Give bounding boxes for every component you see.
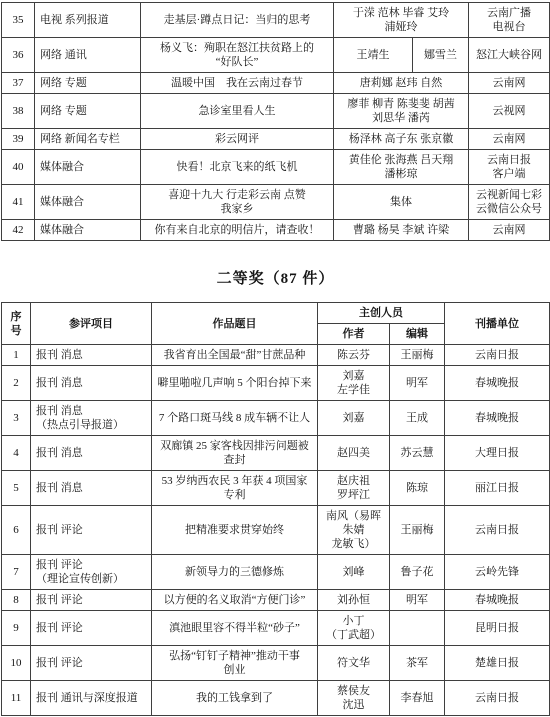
seq-cell: 9 — [2, 611, 31, 646]
unit-cell: 云南广播 电视台 — [469, 3, 550, 38]
seq-cell: 10 — [2, 646, 31, 681]
unit-header: 刊播单位 — [445, 303, 550, 345]
table-row: 3报刊 消息 （热点引导报道）7 个路口斑马线 8 成车辆不让人刘嘉王成春城晚报 — [2, 401, 550, 436]
title-cell: 双廊镇 25 家客栈因排污问题被 查封 — [152, 436, 318, 471]
table-row: 40媒体融合快看！北京飞来的纸飞机黄佳伦 张海燕 吕天翔 潘彬琼云南日报 客户端 — [2, 150, 550, 185]
table-row: 6报刊 评论把精准要求贯穿始终南风（易晖 朱婧 龙敏飞）王丽梅云南日报 — [2, 506, 550, 555]
category-cell: 媒体融合 — [35, 220, 141, 241]
title-cell: 快看！北京飞来的纸飞机 — [141, 150, 334, 185]
table-row: 10报刊 评论弘扬“钉钉子精神”推动干事 创业符文华茶军楚雄日报 — [2, 646, 550, 681]
editor-cell: 苏云慧 — [390, 436, 445, 471]
author-cell: 刘嘉 — [318, 401, 390, 436]
unit-cell: 大理日报 — [445, 436, 550, 471]
unit-cell: 春城晚报 — [445, 366, 550, 401]
seq-cell: 39 — [2, 129, 35, 150]
unit-cell: 昆明日报 — [445, 611, 550, 646]
editor-cell: 茶军 — [390, 646, 445, 681]
category-cell: 报刊 评论 — [31, 611, 152, 646]
seq-cell: 2 — [2, 366, 31, 401]
seq-cell: 42 — [2, 220, 35, 241]
editor-cell: 李春旭 — [390, 681, 445, 716]
category-cell: 报刊 评论 — [31, 506, 152, 555]
seq-cell: 7 — [2, 555, 31, 590]
category-cell: 报刊 消息 — [31, 436, 152, 471]
title-cell: 我的工钱拿到了 — [152, 681, 318, 716]
unit-cell: 云南日报 — [445, 345, 550, 366]
unit-cell: 云视网 — [469, 94, 550, 129]
table-row: 7报刊 评论 （理论宣传创新）新领导力的三德修炼刘峰鲁子花云岭先锋 — [2, 555, 550, 590]
author-cell: 赵四美 — [318, 436, 390, 471]
unit-cell: 云南网 — [469, 73, 550, 94]
category-cell: 媒体融合 — [35, 150, 141, 185]
table-row: 5报刊 消息53 岁纳西农民 3 年获 4 项国家 专利赵庆祖 罗坪江陈琼丽江日… — [2, 471, 550, 506]
category-cell: 网络 通讯 — [35, 38, 141, 73]
category-cell: 媒体融合 — [35, 185, 141, 220]
seq-cell: 36 — [2, 38, 35, 73]
title-cell: 把精准要求贯穿始终 — [152, 506, 318, 555]
category-cell: 报刊 消息 — [31, 366, 152, 401]
second-prize-table-header: 序 号参评项目作品题目主创人员刊播单位作者编辑 — [2, 303, 550, 345]
second-prize-table-body: 1报刊 消息我省育出全国最“甜”甘蔗品种陈云芬王丽梅云南日报2报刊 消息噼里啪啦… — [2, 345, 550, 716]
title-cell: 急诊室里看人生 — [141, 94, 334, 129]
author-cell: 赵庆祖 罗坪江 — [318, 471, 390, 506]
creators-cell: 黄佳伦 张海燕 吕天翔 潘彬琼 — [334, 150, 469, 185]
title-cell: 7 个路口斑马线 8 成车辆不让人 — [152, 401, 318, 436]
title-cell: 你有来自北京的明信片，请查收！ — [141, 220, 334, 241]
title-cell: 温暖中国 我在云南过春节 — [141, 73, 334, 94]
table-row: 9报刊 评论滇池眼里容不得半粒“砂子”小丁 （丁武超）昆明日报 — [2, 611, 550, 646]
title-cell: 以方便的名义取消“方便门诊” — [152, 590, 318, 611]
author-cell: 刘孙恒 — [318, 590, 390, 611]
category-cell: 报刊 评论 — [31, 646, 152, 681]
category-cell: 报刊 通讯与深度报道 — [31, 681, 152, 716]
category-cell: 报刊 评论 （理论宣传创新） — [31, 555, 152, 590]
category-cell: 报刊 评论 — [31, 590, 152, 611]
title-header: 作品题目 — [152, 303, 318, 345]
editor-cell — [390, 611, 445, 646]
author-cell: 王靖生 — [334, 38, 413, 73]
author-cell: 刘峰 — [318, 555, 390, 590]
author-header: 作者 — [318, 324, 390, 345]
author-cell: 蔡侯友 沈迅 — [318, 681, 390, 716]
table-row: 4报刊 消息双廊镇 25 家客栈因排污问题被 查封赵四美苏云慧大理日报 — [2, 436, 550, 471]
unit-cell: 云南日报 — [445, 681, 550, 716]
category-cell: 电视 系列报道 — [35, 3, 141, 38]
table-row: 39网络 新闻名专栏彩云网评杨泽林 高子东 张京徽云南网 — [2, 129, 550, 150]
title-cell: 杨义飞：殉职在怒江扶贫路上的 “好队长” — [141, 38, 334, 73]
category-cell: 报刊 消息 — [31, 471, 152, 506]
category-cell: 网络 专题 — [35, 73, 141, 94]
seq-cell: 35 — [2, 3, 35, 38]
author-cell: 小丁 （丁武超） — [318, 611, 390, 646]
editor-cell: 明军 — [390, 366, 445, 401]
title-cell: 走基层·蹲点日记：当归的思考 — [141, 3, 334, 38]
seq-cell: 40 — [2, 150, 35, 185]
title-cell: 弘扬“钉钉子精神”推动干事 创业 — [152, 646, 318, 681]
seq-cell: 11 — [2, 681, 31, 716]
title-cell: 我省育出全国最“甜”甘蔗品种 — [152, 345, 318, 366]
seq-header: 序 号 — [2, 303, 31, 345]
category-cell: 报刊 消息 — [31, 345, 152, 366]
awards-table-continuation: 35电视 系列报道走基层·蹲点日记：当归的思考于溁 范林 毕睿 艾玲 浦娅玲云南… — [1, 2, 550, 241]
unit-cell: 云南网 — [469, 129, 550, 150]
creators-group-header: 主创人员 — [318, 303, 445, 324]
seq-cell: 41 — [2, 185, 35, 220]
editor-cell: 鲁子花 — [390, 555, 445, 590]
seq-cell: 38 — [2, 94, 35, 129]
title-cell: 滇池眼里容不得半粒“砂子” — [152, 611, 318, 646]
editor-cell: 娜雪兰 — [413, 38, 469, 73]
editor-cell: 王丽梅 — [390, 345, 445, 366]
document-page: 35电视 系列报道走基层·蹲点日记：当归的思考于溁 范林 毕睿 艾玲 浦娅玲云南… — [0, 0, 550, 717]
awards-table-continuation-body: 35电视 系列报道走基层·蹲点日记：当归的思考于溁 范林 毕睿 艾玲 浦娅玲云南… — [2, 3, 550, 241]
unit-cell: 怒江大峡谷网 — [469, 38, 550, 73]
author-cell: 刘嘉 左学佳 — [318, 366, 390, 401]
editor-cell: 王丽梅 — [390, 506, 445, 555]
editor-header: 编辑 — [390, 324, 445, 345]
second-prize-table: 序 号参评项目作品题目主创人员刊播单位作者编辑 1报刊 消息我省育出全国最“甜”… — [1, 302, 550, 716]
table-row: 41媒体融合喜迎十九大 行走彩云南 点赞 我家乡集体云视新闻七彩 云微信公众号 — [2, 185, 550, 220]
category-cell: 报刊 消息 （热点引导报道） — [31, 401, 152, 436]
creators-cell: 杨泽林 高子东 张京徽 — [334, 129, 469, 150]
creators-cell: 唐莉娜 赵玮 自然 — [334, 73, 469, 94]
section-heading: 二等奖（87 件） — [1, 267, 550, 288]
table-row: 11报刊 通讯与深度报道我的工钱拿到了蔡侯友 沈迅李春旭云南日报 — [2, 681, 550, 716]
unit-cell: 春城晚报 — [445, 401, 550, 436]
author-cell: 陈云芬 — [318, 345, 390, 366]
table-row: 42媒体融合你有来自北京的明信片，请查收！曹璐 杨昊 李斌 许梁云南网 — [2, 220, 550, 241]
table-row: 2报刊 消息噼里啪啦几声响 5 个阳台掉下来刘嘉 左学佳明军春城晚报 — [2, 366, 550, 401]
table-row: 37网络 专题温暖中国 我在云南过春节唐莉娜 赵玮 自然云南网 — [2, 73, 550, 94]
seq-cell: 4 — [2, 436, 31, 471]
seq-cell: 37 — [2, 73, 35, 94]
seq-cell: 5 — [2, 471, 31, 506]
title-cell: 喜迎十九大 行走彩云南 点赞 我家乡 — [141, 185, 334, 220]
title-cell: 新领导力的三德修炼 — [152, 555, 318, 590]
unit-cell: 楚雄日报 — [445, 646, 550, 681]
creators-cell: 曹璐 杨昊 李斌 许梁 — [334, 220, 469, 241]
unit-cell: 丽江日报 — [445, 471, 550, 506]
author-cell: 南风（易晖 朱婧 龙敏飞） — [318, 506, 390, 555]
seq-cell: 1 — [2, 345, 31, 366]
title-cell: 彩云网评 — [141, 129, 334, 150]
editor-cell: 王成 — [390, 401, 445, 436]
author-cell: 符文华 — [318, 646, 390, 681]
seq-cell: 8 — [2, 590, 31, 611]
table-row: 1报刊 消息我省育出全国最“甜”甘蔗品种陈云芬王丽梅云南日报 — [2, 345, 550, 366]
creators-cell: 廖菲 柳青 陈斐斐 胡茜 刘思华 潘芮 — [334, 94, 469, 129]
editor-cell: 明军 — [390, 590, 445, 611]
table-row: 36网络 通讯杨义飞：殉职在怒江扶贫路上的 “好队长”王靖生娜雪兰怒江大峡谷网 — [2, 38, 550, 73]
unit-cell: 春城晚报 — [445, 590, 550, 611]
header-row: 序 号参评项目作品题目主创人员刊播单位 — [2, 303, 550, 324]
unit-cell: 云南日报 — [445, 506, 550, 555]
editor-cell: 陈琼 — [390, 471, 445, 506]
creators-cell: 于溁 范林 毕睿 艾玲 浦娅玲 — [334, 3, 469, 38]
category-cell: 网络 专题 — [35, 94, 141, 129]
title-cell: 噼里啪啦几声响 5 个阳台掉下来 — [152, 366, 318, 401]
category-header: 参评项目 — [31, 303, 152, 345]
unit-cell: 云视新闻七彩 云微信公众号 — [469, 185, 550, 220]
seq-cell: 3 — [2, 401, 31, 436]
table-row: 8报刊 评论以方便的名义取消“方便门诊”刘孙恒明军春城晚报 — [2, 590, 550, 611]
title-cell: 53 岁纳西农民 3 年获 4 项国家 专利 — [152, 471, 318, 506]
category-cell: 网络 新闻名专栏 — [35, 129, 141, 150]
seq-cell: 6 — [2, 506, 31, 555]
table-row: 38网络 专题急诊室里看人生廖菲 柳青 陈斐斐 胡茜 刘思华 潘芮云视网 — [2, 94, 550, 129]
table-row: 35电视 系列报道走基层·蹲点日记：当归的思考于溁 范林 毕睿 艾玲 浦娅玲云南… — [2, 3, 550, 38]
unit-cell: 云岭先锋 — [445, 555, 550, 590]
unit-cell: 云南网 — [469, 220, 550, 241]
creators-cell: 集体 — [334, 185, 469, 220]
unit-cell: 云南日报 客户端 — [469, 150, 550, 185]
